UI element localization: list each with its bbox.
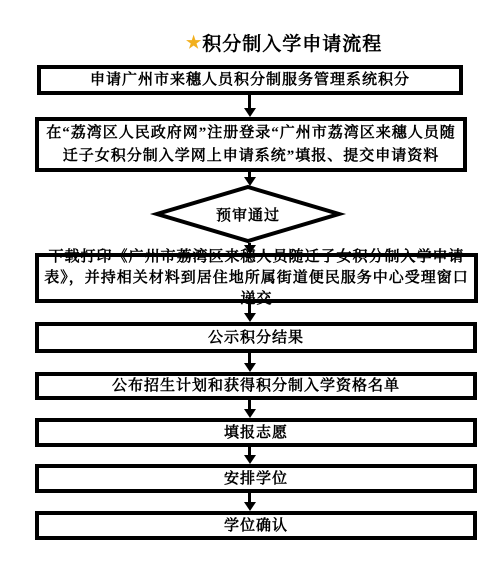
flow-decision-pre-approval: 预审通过 [153,185,343,243]
flow-step-label: 申请广州市来穗人员积分制服务管理系统积分 [90,69,410,91]
arrow-down-icon [243,172,256,186]
arrow-down-icon [243,95,256,117]
arrow-shaft [248,447,251,455]
flowchart-page: ★ 积分制入学申请流程 申请广州市来穗人员积分制服务管理系统积分 在“荔湾区人民… [0,0,503,577]
flow-decision-label: 预审通过 [153,185,343,243]
arrow-down-icon [243,400,256,418]
arrow-down-icon [243,353,256,372]
flow-step-label: 公布招生计划和获得积分制入学资格名单 [112,375,400,397]
arrow-head [244,502,256,511]
arrow-head [244,409,256,418]
arrow-head [244,313,256,322]
star-icon: ★ [186,33,201,53]
flow-step-label: 学位确认 [224,515,288,537]
arrow-head [244,455,256,464]
flow-step-label: 下载打印《广州市荔湾区来穗人员随迁子女积分制入学申请表》，并持相关材料到居住地所… [41,247,472,310]
arrow-shaft [248,353,251,363]
flow-step-arrange-placement: 安排学位 [35,464,477,493]
flow-step-label: 在“荔湾区人民政府网”注册登录“广州市荔湾区来穗人员随迁子女积分制入学网上申请系… [41,122,461,168]
flow-step-fill-preferences: 填报志愿 [35,418,477,447]
arrow-shaft [248,493,251,502]
arrow-shaft [248,303,251,313]
flow-step-publish-plan-list: 公布招生计划和获得积分制入学资格名单 [35,372,477,400]
flow-step-label: 填报志愿 [224,422,288,444]
flow-step-confirm-placement: 学位确认 [35,511,477,540]
flow-step-download-submit: 下载打印《广州市荔湾区来穗人员随迁子女积分制入学申请表》，并持相关材料到居住地所… [35,253,478,303]
flow-step-register-online: 在“荔湾区人民政府网”注册登录“广州市荔湾区来穗人员随迁子女积分制入学网上申请系… [35,117,467,172]
page-title-text: 积分制入学申请流程 [202,29,382,56]
arrow-head [244,363,256,372]
flow-step-publish-points: 公示积分结果 [35,322,477,353]
arrow-down-icon [243,493,256,511]
arrow-head [244,108,256,117]
arrow-shaft [248,95,251,108]
flow-step-label: 安排学位 [224,468,288,490]
flow-step-apply-points: 申请广州市来穗人员积分制服务管理系统积分 [37,65,463,95]
flow-step-label: 公示积分结果 [208,327,304,349]
arrow-down-icon [243,447,256,464]
arrow-shaft [248,400,251,409]
arrow-down-icon [243,303,256,322]
page-title: ★ 积分制入学申请流程 [186,29,382,56]
